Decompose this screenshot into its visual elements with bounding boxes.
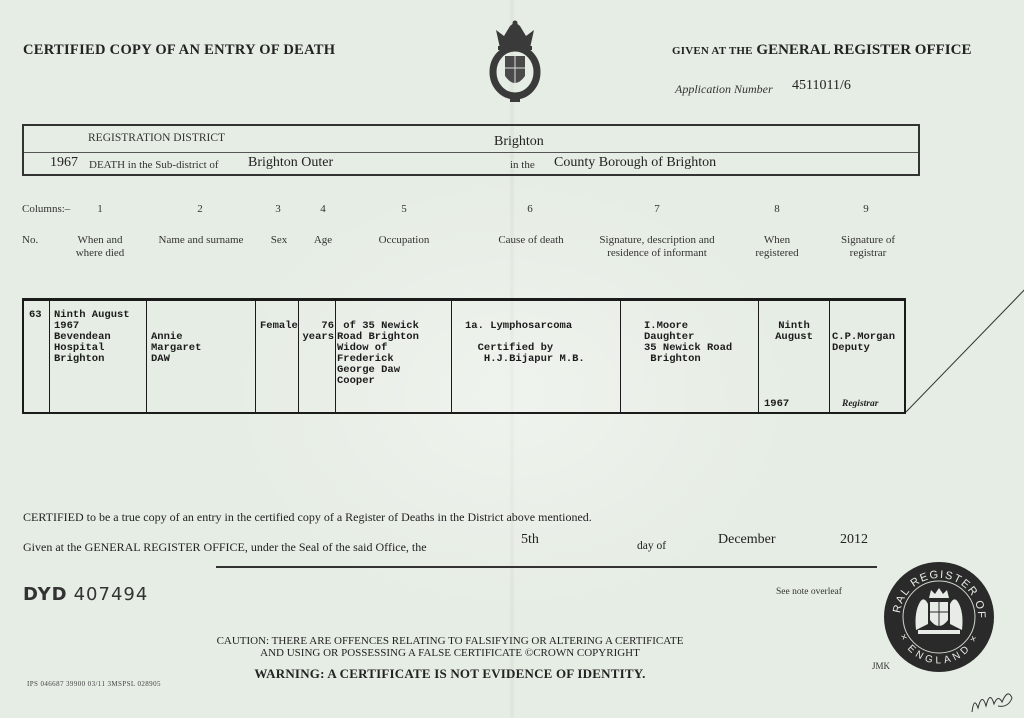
county-value: County Borough of Brighton: [554, 155, 716, 171]
handwritten-initials-icon: [968, 682, 1018, 716]
registration-district-label: REGISTRATION DISTRICT: [88, 132, 225, 144]
column-divider: [335, 301, 336, 412]
column-divider: [620, 301, 621, 412]
entry-cause-of-death: 1a. Lymphosarcoma Certified by H.J.Bijap…: [465, 321, 585, 365]
given-statement: Given at the GENERAL REGISTER OFFICE, un…: [23, 540, 427, 555]
column-divider: [451, 301, 452, 412]
identity-warning: WARNING: A CERTIFICATE IS NOT EVIDENCE O…: [150, 666, 750, 682]
column-number-4: 4: [313, 203, 333, 216]
column-divider: [255, 301, 256, 412]
column-divider: [298, 301, 299, 412]
entry-informant: I.Moore Daughter 35 Newick Road Brighton: [644, 321, 732, 365]
column-number-5: 5: [394, 203, 414, 216]
entry-sex: Female: [260, 321, 298, 332]
column-number-2: 2: [190, 203, 210, 216]
column-number-9: 9: [856, 203, 876, 216]
registrar-title: Registrar: [842, 399, 878, 410]
header-cause-of-death: Cause of death: [488, 234, 574, 247]
given-prefix: GIVEN AT THE: [672, 45, 753, 57]
entry-name: Annie Margaret DAW: [151, 332, 201, 365]
application-number-label: Application Number: [675, 82, 773, 97]
subdistrict-label: DEATH in the Sub-district of: [89, 159, 219, 171]
certificate-serial: DYD407494: [23, 584, 148, 605]
issue-year: 2012: [840, 532, 868, 548]
header-informant: Signature, description and residence of …: [592, 234, 722, 260]
print-code: IPS 046687 39900 03/11 3MSPSL 028905: [27, 680, 161, 688]
serial-prefix: DYD: [23, 584, 68, 605]
see-note-overleaf: See note overleaf: [776, 587, 842, 597]
header-no: No.: [22, 234, 62, 247]
entry-age: 76 years: [299, 321, 334, 343]
royal-crest-icon: [486, 20, 544, 104]
death-year: 1967: [50, 155, 78, 171]
district-box: REGISTRATION DISTRICT Brighton 1967 DEAT…: [22, 124, 920, 176]
header-age: Age: [306, 234, 340, 247]
column-number-1: 1: [90, 203, 110, 216]
entry-when-where-died: Ninth August 1967 Bevendean Hospital Bri…: [54, 310, 130, 365]
column-number-3: 3: [268, 203, 288, 216]
column-divider: [146, 301, 147, 412]
certified-statement: CERTIFIED to be a true copy of an entry …: [23, 510, 592, 525]
district-divider: [24, 152, 918, 153]
column-number-8: 8: [767, 203, 787, 216]
entry-occupation: of 35 Newick Road Brighton Widow of Fred…: [337, 321, 419, 387]
in-the-label: in the: [510, 159, 535, 171]
issuer-initials: JMK: [872, 661, 890, 671]
issue-month: December: [718, 532, 776, 548]
registration-district-value: Brighton: [494, 134, 544, 150]
columns-label: Columns:–: [22, 203, 82, 216]
issue-day: 5th: [521, 532, 539, 548]
cancellation-line: [904, 280, 1024, 414]
application-number: 4511011/6: [792, 78, 851, 94]
header-when-registered: When registered: [742, 234, 812, 260]
column-number-6: 6: [520, 203, 540, 216]
signature-rule: [216, 566, 877, 568]
caution-text: CAUTION: THERE ARE OFFENCES RELATING TO …: [150, 635, 750, 659]
column-number-7: 7: [647, 203, 667, 216]
header-occupation: Occupation: [364, 234, 444, 247]
document-title: CERTIFIED COPY OF AN ENTRY OF DEATH: [23, 42, 335, 59]
column-divider: [758, 301, 759, 412]
office-name: GENERAL REGISTER OFFICE: [756, 42, 971, 58]
entry-registrar: C.P.Morgan Deputy: [832, 332, 895, 354]
caution-line-1: CAUTION: THERE ARE OFFENCES RELATING TO …: [150, 635, 750, 647]
header-signature-registrar: Signature of registrar: [826, 234, 910, 260]
entry-number: 63: [29, 310, 42, 321]
subdistrict-value: Brighton Outer: [248, 155, 333, 171]
header-sex: Sex: [263, 234, 295, 247]
column-divider: [49, 301, 50, 412]
day-of-label: day of: [637, 540, 666, 552]
serial-number: 407494: [74, 584, 149, 605]
header-name: Name and surname: [145, 234, 257, 247]
given-at-heading: GIVEN AT THE GENERAL REGISTER OFFICE: [672, 42, 971, 59]
column-divider: [829, 301, 830, 412]
death-entry-table: 63 Ninth August 1967 Bevendean Hospital …: [22, 298, 906, 414]
entry-when-registered: Ninth August: [761, 321, 827, 343]
caution-line-2: AND USING OR POSSESSING A FALSE CERTIFIC…: [150, 647, 750, 659]
header-when-where-died: When and where died: [60, 234, 140, 260]
gro-seal-icon: GENERAL REGISTER OFFICE × ENGLAND ×: [882, 560, 996, 674]
entry-registered-year: 1967: [764, 399, 789, 410]
